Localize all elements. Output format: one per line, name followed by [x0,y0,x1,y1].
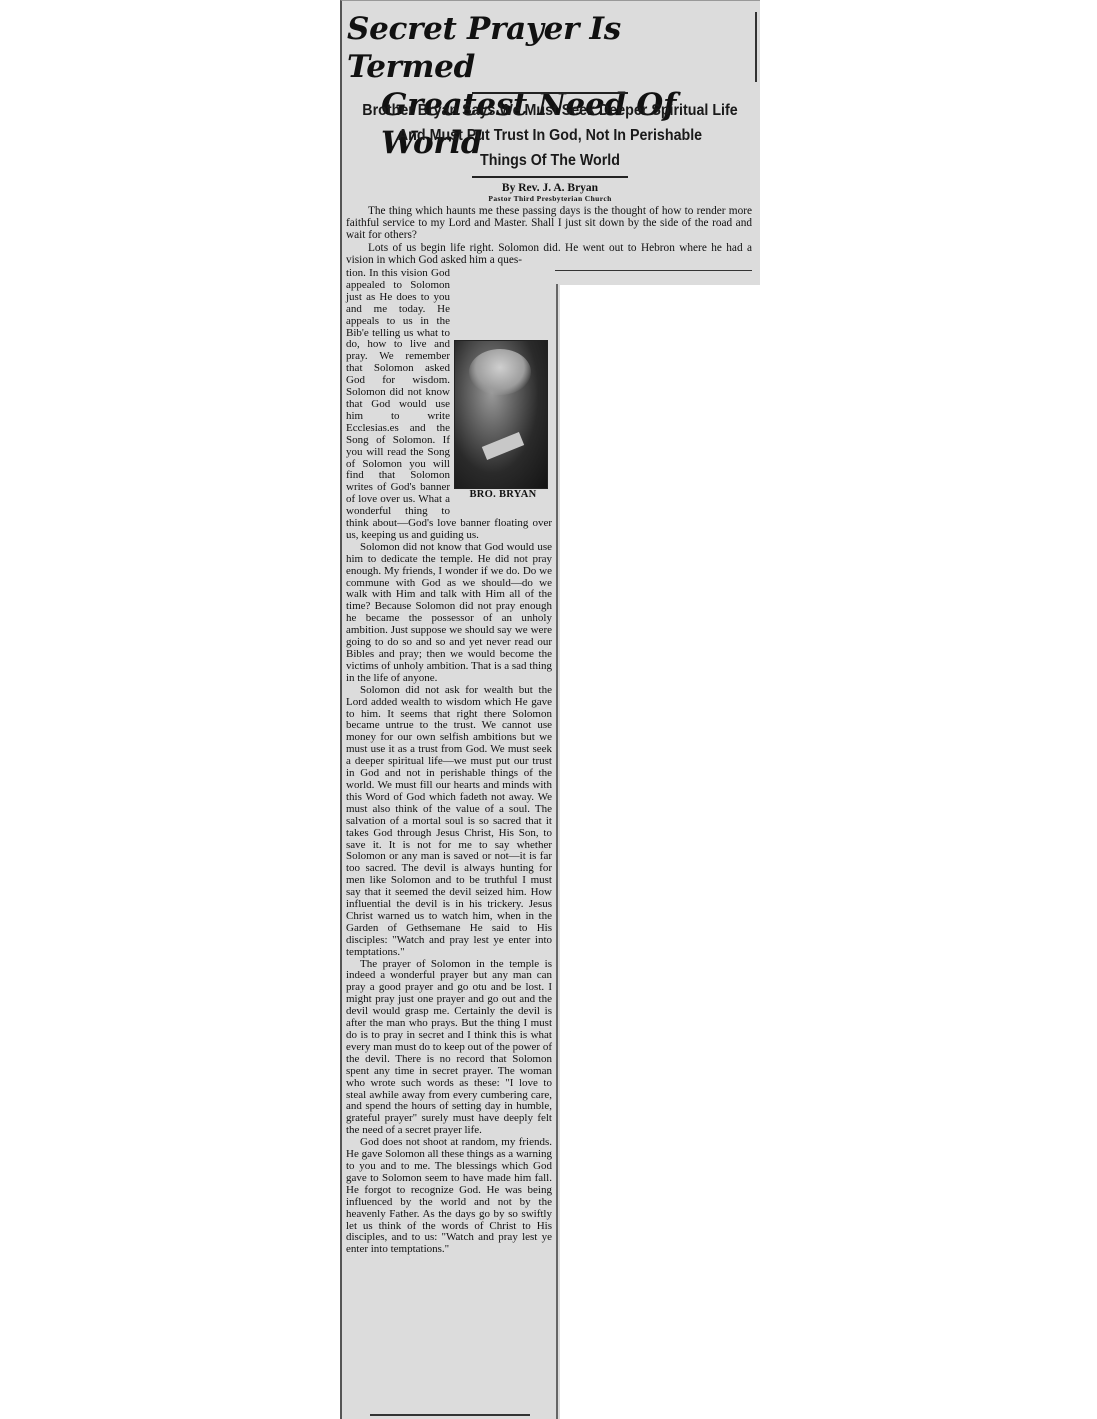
deck-line-3: Things Of The World [360,148,739,173]
intro-paragraph: The thing which haunts me these passing … [346,205,752,242]
column-edge [755,12,757,82]
byline-title: Pastor Third Presbyterian Church [344,194,756,203]
intro-text: The thing which haunts me these passing … [346,205,752,266]
intro-paragraph: Lots of us begin life right. Solomon did… [346,242,752,266]
body-paragraph: God does not shoot at random, my friends… [346,1137,552,1256]
subheadline-deck: Brother Bryan Says We Must Seek Deeper S… [360,98,739,173]
deck-line-1: Brother Bryan Says We Must Seek Deeper S… [360,98,739,123]
body-paragraph: Solomon did not ask for wealth but the L… [346,685,552,959]
body-paragraph: The prayer of Solomon in the temple is i… [346,959,552,1138]
portrait-hair-shape [469,349,531,395]
deck-line-2: And Must Put Trust In God, Not In Perish… [360,123,739,148]
byline-author: By Rev. J. A. Bryan [344,182,756,194]
deck-divider [472,176,628,178]
column-rule [556,284,558,1419]
portrait-photo [454,340,548,489]
section-divider [555,270,752,271]
end-rule [370,1414,530,1416]
photo-caption: BRO. BRYAN [456,489,550,500]
body-paragraph: Solomon did not know that God would use … [346,542,552,685]
byline: By Rev. J. A. Bryan Pastor Third Presbyt… [344,182,756,203]
portrait-collar-shape [482,432,524,460]
headline-line-1: Secret Prayer Is Termed [345,10,753,86]
headline-divider [472,92,628,94]
